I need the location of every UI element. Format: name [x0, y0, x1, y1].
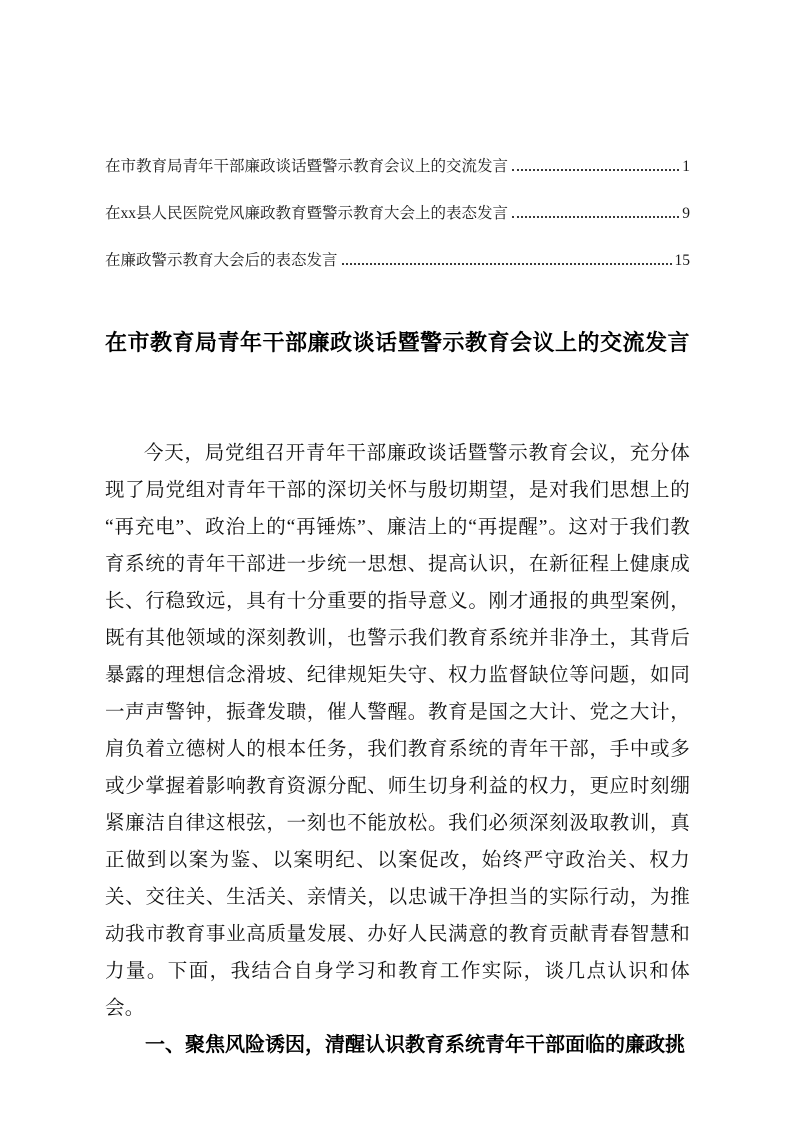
footer-right-dash: — [660, 1034, 688, 1051]
toc-entry-3[interactable]: 在廉政警示教育大会后的表态发言 15 [105, 250, 690, 272]
document-title: 在市教育局青年干部廉政谈话暨警示教育会议上的交流发言 [105, 327, 690, 359]
toc-entry-title: 在市教育局青年干部廉政谈话暨警示教育会议上的交流发言 [105, 156, 508, 178]
document-body: 今天，局党组召开青年干部廉政谈话暨警示教育会议，充分体现了局党组对青年干部的深切… [105, 435, 690, 1064]
table-of-contents: 在市教育局青年干部廉政谈话暨警示教育会议上的交流发言 1 在xx县人民医院党风廉… [105, 156, 690, 272]
toc-entry-1[interactable]: 在市教育局青年干部廉政谈话暨警示教育会议上的交流发言 1 [105, 156, 690, 178]
toc-entry-title: 在廉政警示教育大会后的表态发言 [105, 250, 338, 272]
toc-page-number: 15 [675, 250, 691, 272]
document-page: 在市教育局青年干部廉政谈话暨警示教育会议上的交流发言 1 在xx县人民医院党风廉… [0, 0, 793, 1122]
body-paragraph: 今天，局党组召开青年干部廉政谈话暨警示教育会议，充分体现了局党组对青年干部的深切… [105, 435, 690, 1027]
toc-dot-leader [512, 216, 679, 218]
section-heading: 一、聚焦风险诱因，清醒认识教育系统青年干部面临的廉政挑 [105, 1027, 690, 1064]
toc-entry-2[interactable]: 在xx县人民医院党风廉政教育暨警示教育大会上的表态发言 9 [105, 203, 690, 225]
footer-page-number: 1 [652, 1034, 660, 1051]
page-number-footer: —1— [624, 1034, 688, 1052]
toc-page-number: 9 [682, 203, 690, 225]
footer-left-dash: — [624, 1034, 652, 1051]
toc-page-number: 1 [682, 156, 690, 178]
page-content: 在市教育局青年干部廉政谈话暨警示教育会议上的交流发言 1 在xx县人民医院党风廉… [0, 0, 793, 1064]
toc-dot-leader [342, 263, 672, 265]
toc-entry-title: 在xx县人民医院党风廉政教育暨警示教育大会上的表态发言 [105, 203, 508, 225]
toc-dot-leader [512, 169, 679, 171]
